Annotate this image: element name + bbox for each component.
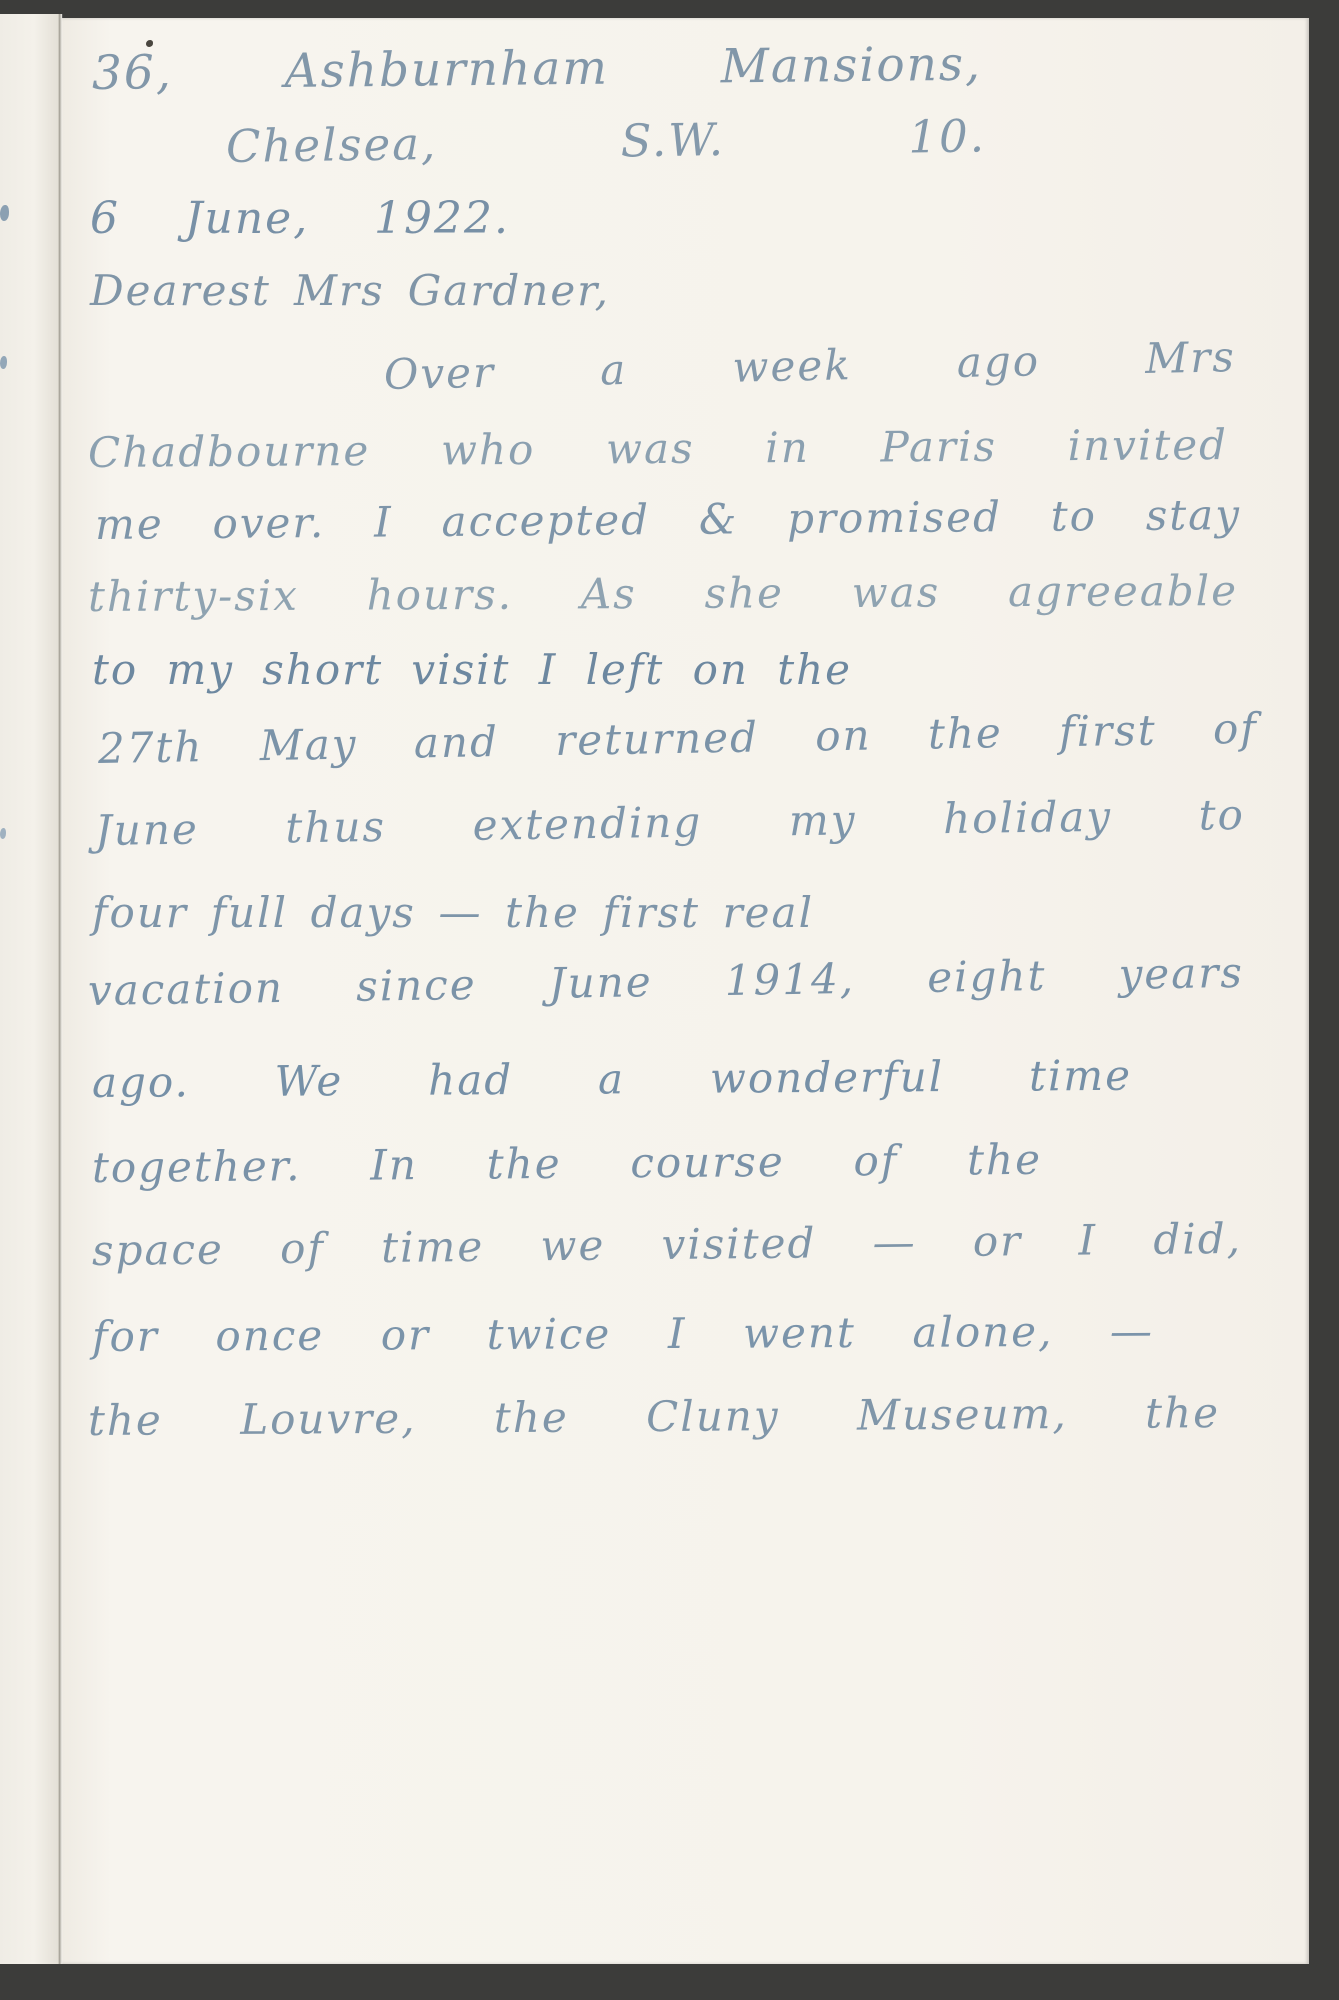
- body-line: thirty-six hours. As she was agreeable: [88, 566, 1238, 622]
- body-line: to my short visit I left on the: [92, 645, 852, 695]
- address-line-2: Chelsea, S.W. 10.: [226, 109, 987, 174]
- facing-page-edge: [0, 14, 62, 1964]
- date-line: 6 June, 1922.: [90, 193, 510, 246]
- salutation-line: Dearest Mrs Gardner,: [90, 266, 610, 316]
- body-line: together. In the course of the: [92, 1135, 1042, 1194]
- body-line: ago. We had a wonderful time: [92, 1051, 1132, 1109]
- body-line: four full days — the first real: [92, 888, 814, 938]
- page-fold-crease: [58, 14, 63, 1964]
- scanned-letter: 36, Ashburnham Mansions, Chelsea, S.W. 1…: [0, 0, 1339, 2000]
- body-line: me over. I accepted & promised to stay: [95, 490, 1241, 550]
- body-line: the Louvre, the Cluny Museum, the: [88, 1388, 1220, 1446]
- address-line-1: 36, Ashburnham Mansions,: [92, 37, 983, 103]
- body-line: for once or twice I went alone, —: [92, 1306, 1154, 1362]
- body-line: Chadbourne who was in Paris invited: [88, 420, 1228, 478]
